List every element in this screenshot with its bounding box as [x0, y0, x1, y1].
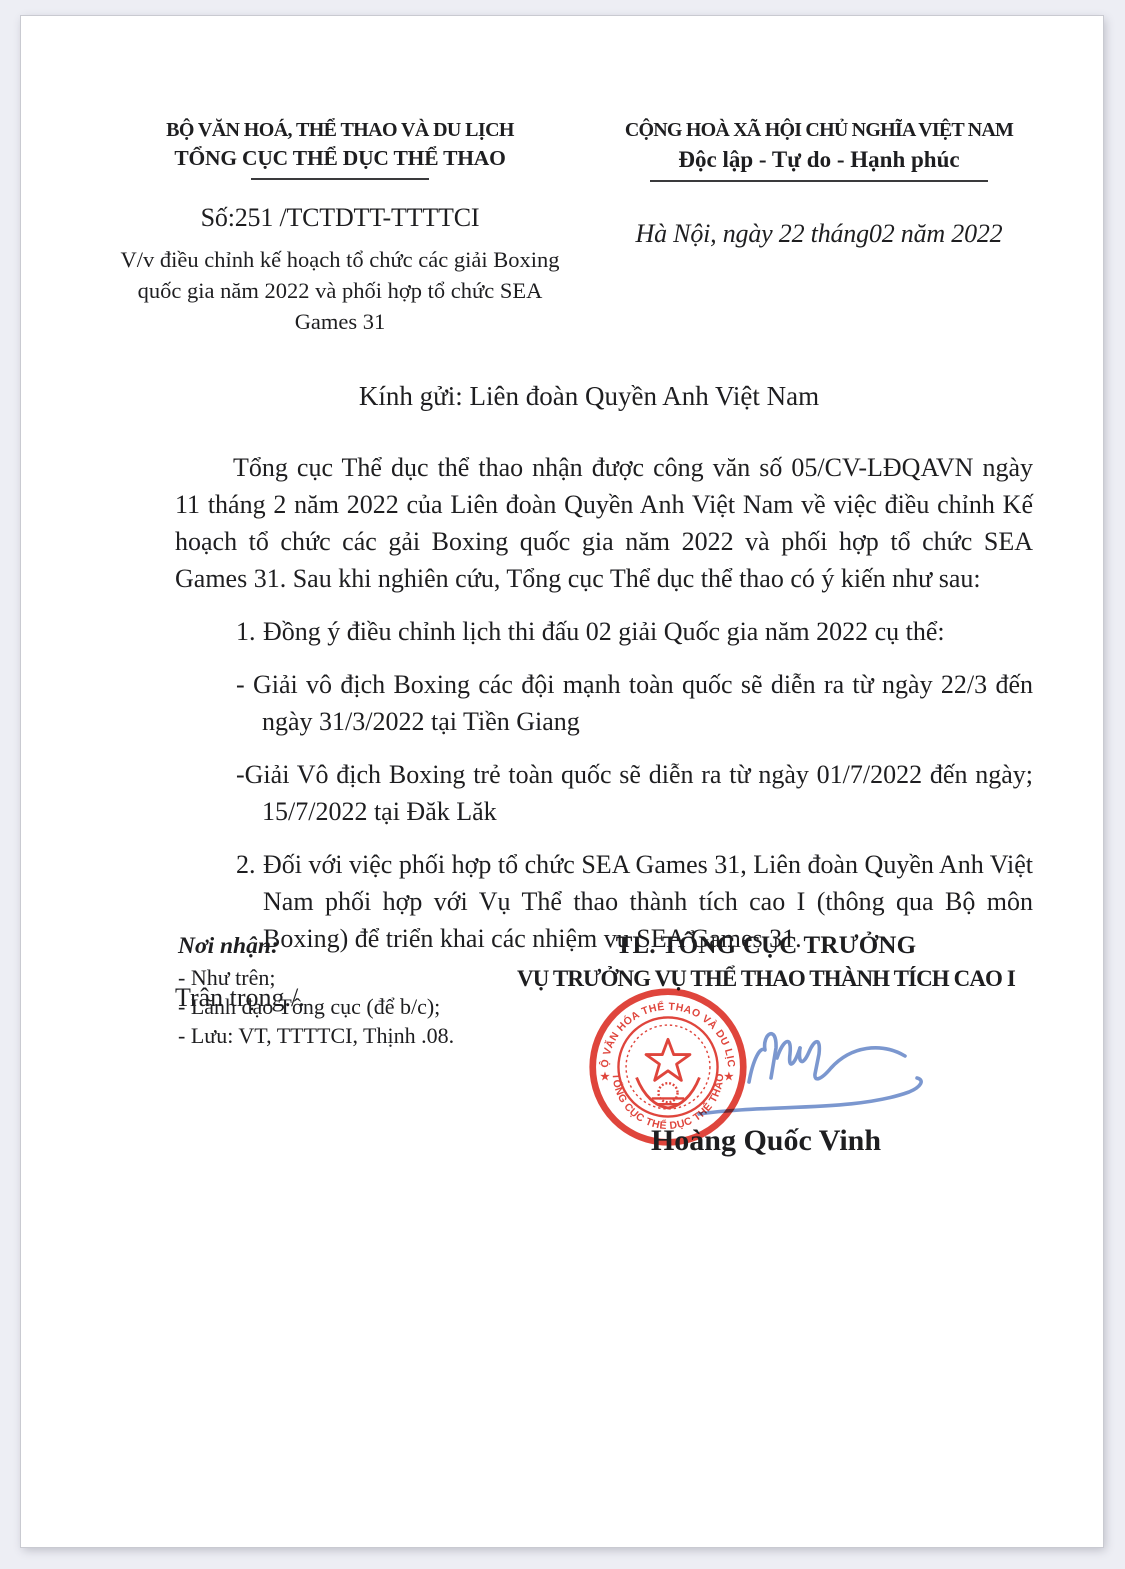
issuer-org: TỔNG CỤC THỂ DỤC THỂ THAO — [109, 145, 571, 172]
salutation: Kính gửi: Liên đoàn Quyền Anh Việt Nam — [175, 378, 1003, 415]
item-1-text: Đồng ý điều chỉnh lịch thi đấu 02 giải Q… — [263, 617, 945, 646]
signer-block: TL. TỔNG CỤC TRƯỞNG VỤ TRƯỞNG VỤ THỂ THA… — [483, 932, 1049, 992]
subject-line-3: Games 31 — [109, 306, 571, 337]
paragraph-1: Tổng cục Thể dục thể thao nhận được công… — [175, 449, 1033, 597]
subject-line-1: V/v điều chỉnh kế hoạch tổ chức các giải… — [109, 244, 571, 275]
recipient-item: - Như trên; — [178, 963, 454, 992]
recipients-label: Nơi nhận: — [178, 932, 454, 961]
document-number: Số:251 /TCTDTT-TTTTCI — [109, 202, 571, 235]
recipient-item: - Lãnh đạo Tông cục (để b/c); — [178, 992, 454, 1021]
signer-name: Hoàng Quốc Vinh — [483, 1124, 1049, 1158]
item-1-number: 1. — [236, 613, 263, 650]
issuer-header: BỘ VĂN HOÁ, THỂ THAO VÀ DU LỊCH TỔNG CỤC… — [109, 118, 571, 337]
motto-underline — [650, 180, 988, 182]
signer-title-2: VỤ TRƯỞNG VỤ THỂ THAO THÀNH TÍCH CAO I — [483, 966, 1049, 992]
issuer-underline — [251, 178, 429, 180]
document-subject: V/v điều chỉnh kế hoạch tổ chức các giải… — [109, 244, 571, 337]
document-page: BỘ VĂN HOÁ, THỂ THAO VÀ DU LỊCH TỔNG CỤC… — [21, 16, 1103, 1547]
viewer-background: { "document": { "issuer": { "line1": "BỘ… — [0, 0, 1125, 1569]
place-and-date: Hà Nội, ngày 22 tháng02 năm 2022 — [593, 218, 1045, 251]
signature-stroke — [629, 1002, 949, 1142]
bullet-item-1: - Giải vô địch Boxing các đội mạnh toàn … — [175, 666, 1033, 740]
recipients-block: Nơi nhận: - Như trên; - Lãnh đạo Tông cụ… — [178, 932, 454, 1050]
bullet-item-2: -Giải Vô địch Boxing trẻ toàn quốc sẽ di… — [175, 756, 1033, 830]
national-motto-line2: Độc lập - Tự do - Hạnh phúc — [593, 146, 1045, 175]
issuer-parent-org: BỘ VĂN HOÁ, THỂ THAO VÀ DU LỊCH — [109, 118, 571, 143]
signer-title-1: TL. TỔNG CỤC TRƯỞNG — [483, 932, 1049, 960]
document-body: Kính gửi: Liên đoàn Quyền Anh Việt Nam T… — [175, 378, 1033, 1016]
national-header: CỘNG HOÀ XÃ HỘI CHỦ NGHĨA VIỆT NAM Độc l… — [593, 118, 1045, 250]
item-2-number: 2. — [236, 846, 263, 883]
numbered-item-1: 1.Đồng ý điều chỉnh lịch thi đấu 02 giải… — [175, 613, 1033, 650]
stamp-star-left-icon: ★ — [599, 1069, 610, 1083]
national-motto-line1: CỘNG HOÀ XÃ HỘI CHỦ NGHĨA VIỆT NAM — [593, 118, 1045, 143]
subject-line-2: quốc gia năm 2022 và phối hợp tổ chức SE… — [109, 275, 571, 306]
recipient-item: - Lưu: VT, TTTTCI, Thịnh .08. — [178, 1021, 454, 1050]
